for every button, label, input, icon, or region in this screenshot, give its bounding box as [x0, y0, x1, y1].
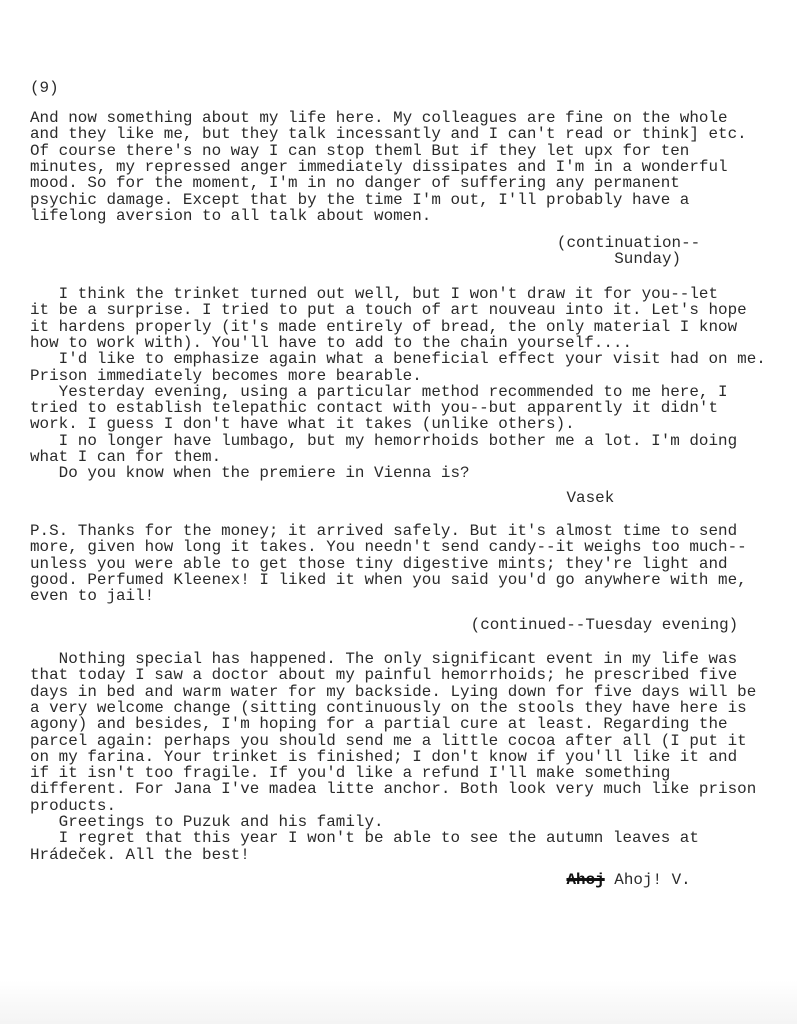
intro-line: and they like me, but they talk incessan… — [30, 126, 747, 142]
tuesday-body-line: different. For Jana I've madea litte anc… — [30, 781, 756, 797]
continued-tuesday-header-line: (continued--Tuesday evening) — [471, 617, 739, 633]
page-number: (9) — [30, 80, 59, 96]
tuesday-body-line: Nothing special has happened. The only s… — [30, 651, 737, 667]
sunday-body-line: Prison immediately becomes more bearable… — [30, 368, 422, 384]
sunday-body-line: it hardens properly (it's made entirely … — [30, 319, 737, 335]
intro-line: And now something about my life here. My… — [30, 110, 728, 126]
intro-line: psychic damage. Except that by the time … — [30, 192, 689, 208]
intro-line: mood. So for the moment, I'm in no dange… — [30, 175, 680, 191]
closing-signature: Ahoj Ahoj! V. — [566, 872, 690, 888]
sunday-body-line: I no longer have lumbago, but my hemorrh… — [30, 433, 737, 449]
intro-line: minutes, my repressed anger immediately … — [30, 159, 728, 175]
tuesday-body-line: that today I saw a doctor about my painf… — [30, 667, 737, 683]
postscript-line: even to jail! — [30, 588, 154, 604]
closing-text: Ahoj! V. — [614, 871, 690, 889]
sunday-body-line: how to work with). You'll have to add to… — [30, 335, 632, 351]
tuesday-body-line: Hrádeček. All the best! — [30, 847, 250, 863]
postscript-line: more, given how long it takes. You needn… — [30, 539, 747, 555]
tuesday-body-line: I regret that this year I won't be able … — [30, 830, 699, 846]
sunday-body-line: it be a surprise. I tried to put a touch… — [30, 302, 747, 318]
tuesday-body-line: agony) and besides, I'm hoping for a par… — [30, 716, 728, 732]
tuesday-body-line: days in bed and warm water for my backsi… — [30, 684, 756, 700]
tuesday-body-line: on my farina. Your trinket is finished; … — [30, 749, 737, 765]
sunday-body-line: Yesterday evening, using a particular me… — [30, 384, 728, 400]
signature-1-line: Vasek — [566, 490, 614, 506]
intro-line: lifelong aversion to all talk about wome… — [30, 208, 431, 224]
sunday-body-line: what I can for them. — [30, 449, 221, 465]
tuesday-body-line: Greetings to Puzuk and his family. — [30, 814, 384, 830]
intro-line: Of course there's no way I can stop them… — [30, 143, 689, 159]
continuation-sunday-header-line: Sunday) — [557, 251, 681, 267]
sunday-body-line: Do you know when the premiere in Vienna … — [30, 465, 470, 481]
sunday-body-line: work. I guess I don't have what it takes… — [30, 416, 575, 432]
typewritten-letter-page: (9) And now something about my life here… — [0, 0, 797, 1024]
continuation-sunday-header-line: (continuation-- — [557, 235, 700, 251]
sunday-body-line: tried to establish telepathic contact wi… — [30, 400, 718, 416]
tuesday-body-line: if it isn't too fragile. If you'd like a… — [30, 765, 670, 781]
sunday-body-line: I'd like to emphasize again what a benef… — [30, 351, 766, 367]
tuesday-body-line: products. — [30, 798, 116, 814]
tuesday-body-line: parcel again: perhaps you should send me… — [30, 733, 747, 749]
sunday-body-line: I think the trinket turned out well, but… — [30, 286, 718, 302]
postscript-line: good. Perfumed Kleenex! I liked it when … — [30, 572, 747, 588]
struck-out-word: Ahoj — [566, 871, 604, 889]
tuesday-body-line: a very welcome change (sitting continuou… — [30, 700, 747, 716]
postscript-line: unless you were able to get those tiny d… — [30, 556, 728, 572]
postscript-line: P.S. Thanks for the money; it arrived sa… — [30, 523, 737, 539]
